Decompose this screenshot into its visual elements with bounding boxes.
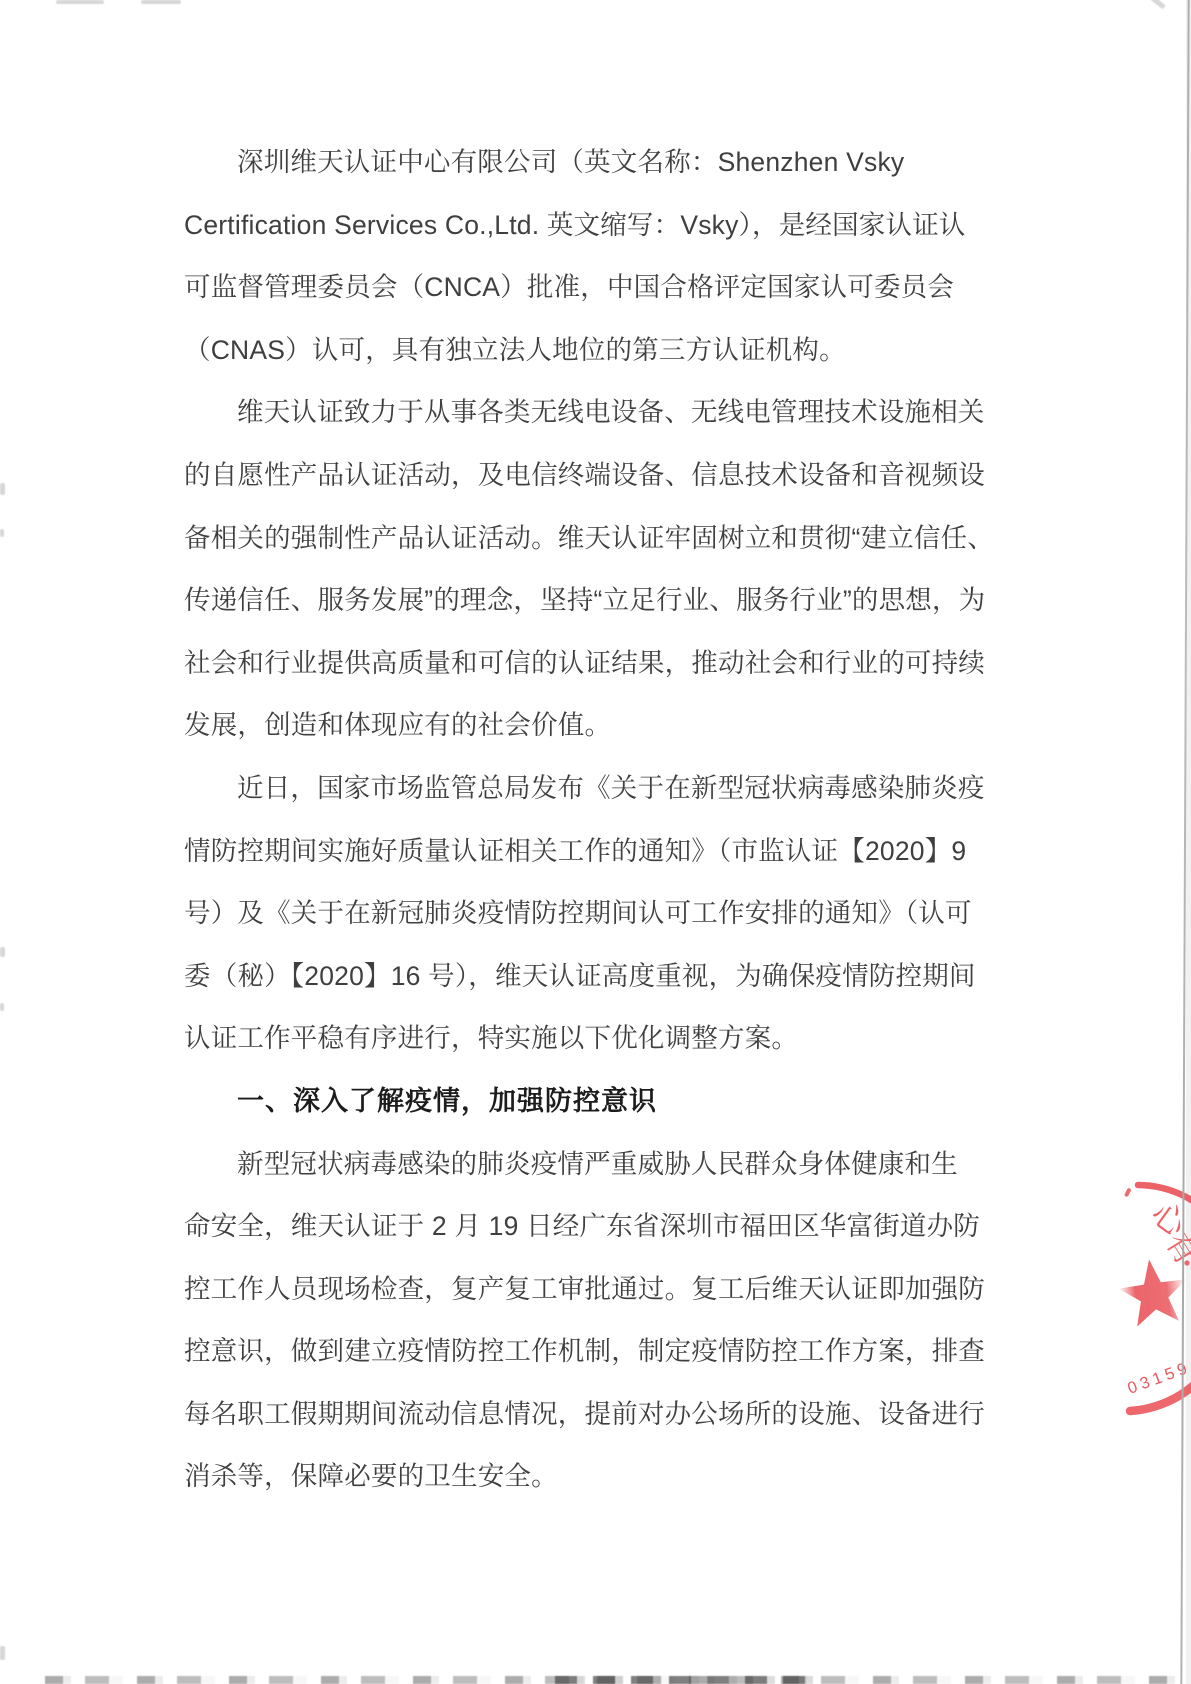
text-line: 近日，国家市场监管总局发布《关于在新型冠状病毒感染肺炎疫 <box>184 757 1040 820</box>
text-line: 认证工作平稳有序进行，特实施以下优化调整方案。 <box>184 1007 1040 1070</box>
scan-smudge <box>0 1646 5 1660</box>
text-line: Certification Services Co.,Ltd. 英文缩写：Vsk… <box>184 194 1040 257</box>
scan-smudge <box>0 947 5 957</box>
section-heading: 一、深入了解疫情，加强防控意识 <box>184 1070 1040 1133</box>
text-line: 备相关的强制性产品认证活动。维天认证牢固树立和贯彻“建立信任、 <box>184 507 1040 570</box>
text-line: 每名职工假期期间流动信息情况，提前对办公场所的设施、设备进行 <box>184 1383 1040 1446</box>
text-line: 控工作人员现场检查，复产复工审批通过。复工后维天认证即加强防 <box>184 1258 1040 1321</box>
official-seal-stamp: 心 有 03159 <box>1030 1170 1191 1420</box>
scanned-document-page: 深圳维天认证中心有限公司（英文名称：Shenzhen Vsky Certific… <box>0 0 1191 1684</box>
text-line: 传递信任、服务发展”的理念，坚持“立足行业、服务行业”的思想，为 <box>184 569 1040 632</box>
text-line: 维天认证致力于从事各类无线电设备、无线电管理技术设施相关 <box>184 381 1040 444</box>
text-line: 的自愿性产品认证活动，及电信终端设备、信息技术设备和音视频设 <box>184 444 1040 507</box>
scan-noise-band <box>555 1676 820 1684</box>
text-line: 发展，创造和体现应有的社会价值。 <box>184 694 1040 757</box>
scan-smudge <box>141 0 181 4</box>
scan-smudge <box>0 529 4 537</box>
text-line: 委（秘）【2020】16 号），维天认证高度重视，为确保疫情防控期间 <box>184 945 1040 1008</box>
text-line: 新型冠状病毒感染的肺炎疫情严重威胁人民群众身体健康和生 <box>184 1133 1040 1196</box>
scan-smudge <box>1150 0 1166 9</box>
seal-ink-speck <box>1124 1188 1132 1198</box>
text-line: 深圳维天认证中心有限公司（英文名称：Shenzhen Vsky <box>184 131 1040 194</box>
scan-smudge <box>0 483 5 495</box>
document-body: 深圳维天认证中心有限公司（英文名称：Shenzhen Vsky Certific… <box>184 131 1040 1508</box>
text-line: 命安全，维天认证于 2 月 19 日经广东省深圳市福田区华富街道办防 <box>184 1195 1040 1258</box>
text-line: 消杀等，保障必要的卫生安全。 <box>184 1445 1040 1508</box>
text-line: 可监督管理委员会（CNCA）批准，中国合格评定国家认可委员会 <box>184 256 1040 319</box>
text-line: 号）及《关于在新冠肺炎疫情防控期间认可工作安排的通知》（认可 <box>184 882 1040 945</box>
scan-smudge <box>0 1003 4 1011</box>
text-line: 社会和行业提供高质量和可信的认证结果，推动社会和行业的可持续 <box>184 632 1040 695</box>
text-line: 情防控期间实施好质量认证相关工作的通知》（市监认证【2020】9 <box>184 820 1040 883</box>
seal-ink-speck <box>1184 1260 1189 1265</box>
scan-smudge <box>56 0 104 4</box>
text-line: （CNAS）认可，具有独立法人地位的第三方认证机构。 <box>184 319 1040 382</box>
text-line: 控意识，做到建立疫情防控工作机制，制定疫情防控工作方案，排查 <box>184 1320 1040 1383</box>
